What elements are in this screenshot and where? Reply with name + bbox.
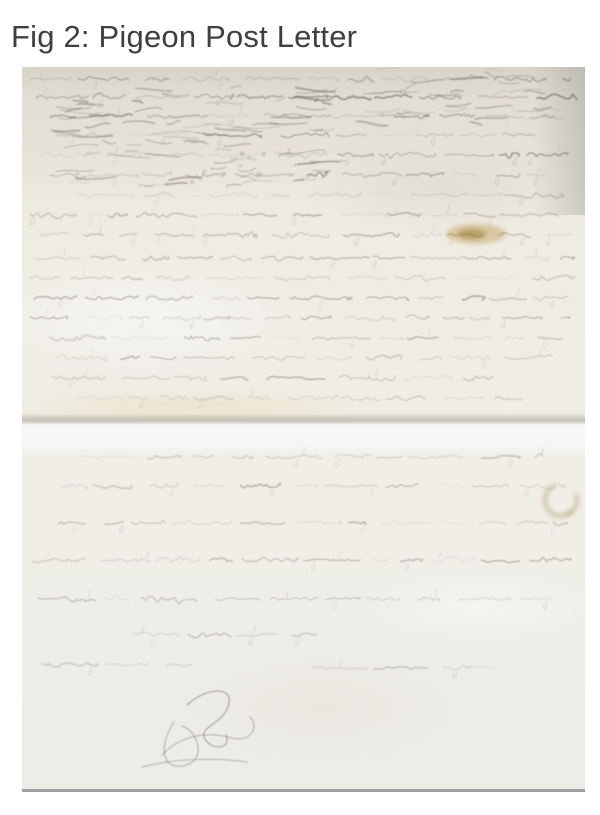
- letter-bottom-edge: [22, 789, 585, 792]
- figure-caption: Fig 2: Pigeon Post Letter: [11, 19, 357, 55]
- handwriting-strokes: [22, 67, 585, 792]
- page: Fig 2: Pigeon Post Letter: [0, 0, 600, 815]
- pigeon-post-letter-image: [22, 67, 585, 792]
